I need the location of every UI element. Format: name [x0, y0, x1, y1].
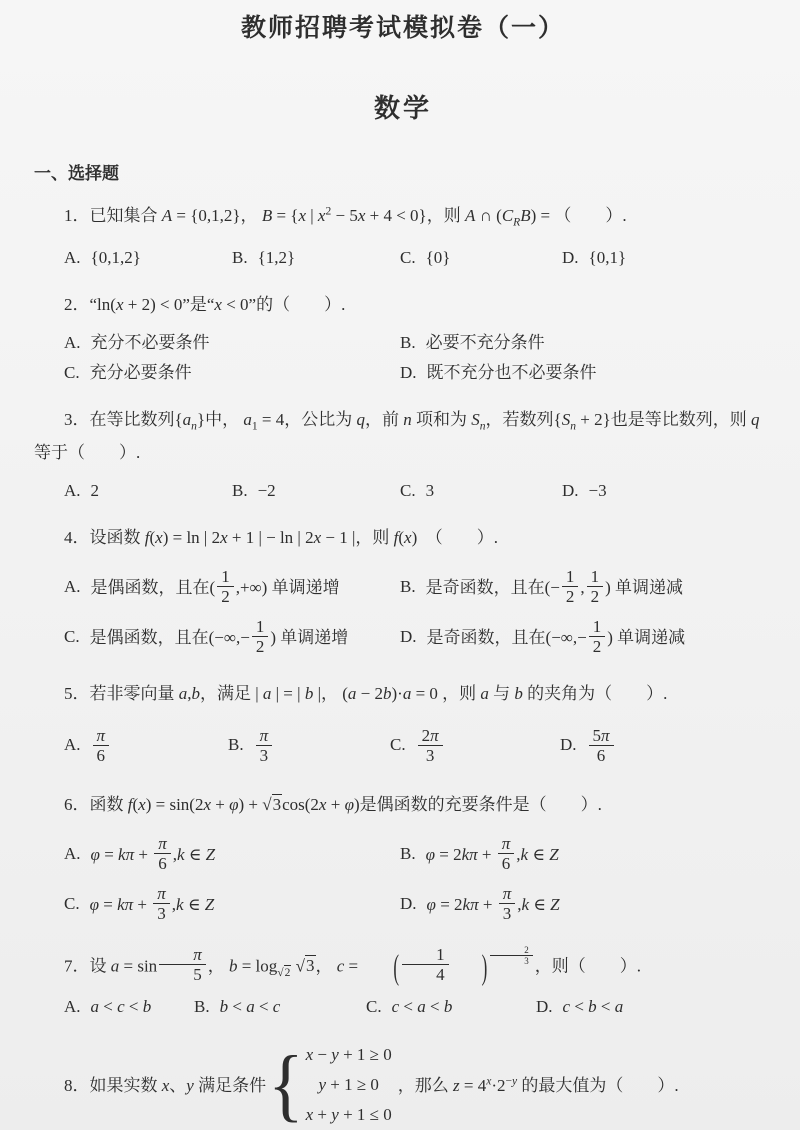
q1-option-c: C.{0} — [400, 243, 562, 273]
q4-option-d: D.是奇函数，且在(−∞,−12) 单调递减 — [400, 612, 772, 662]
question-1: 1．已知集合 A = {0,1,2}， B = {x | x2 − 5x + 4… — [34, 200, 772, 273]
section-heading: 一、选择题 — [34, 159, 772, 184]
question-8: 8．如果实数 x、y 满足条件 { x − y + 1 ≥ 0 y + 1 ≥ … — [34, 1040, 772, 1130]
q5-option-b: B.π3 — [228, 717, 390, 773]
option-label: B. — [232, 476, 248, 506]
q8-stem-post: ，那么 z = 4x·2−y 的最大值为（ ）. — [398, 1072, 679, 1099]
q1-option-a: A.{0,1,2} — [64, 243, 232, 273]
option-label: A. — [64, 577, 81, 597]
option-content: π6 — [91, 726, 112, 765]
question-2: 2．“ln(x + 2) < 0”是“x < 0”的（ ）. A.充分不必要条件… — [34, 289, 772, 388]
q7-option-b: B.b < a < c — [194, 992, 366, 1022]
question-3-stem-line2: 等于（ ）. — [34, 437, 772, 468]
option-label: D. — [562, 476, 579, 506]
option-label: B. — [400, 328, 416, 358]
option-content: φ = kπ + π3,k ∈ Z — [90, 884, 215, 923]
inequality-row-3: x + y + 1 ≤ 0 — [306, 1100, 392, 1130]
option-label: A. — [64, 476, 81, 506]
option-label: D. — [562, 243, 579, 273]
option-label: A. — [64, 328, 81, 358]
option-content: {0} — [426, 243, 451, 273]
option-label: C. — [390, 735, 406, 755]
option-content: {1,2} — [258, 243, 296, 273]
option-content: 必要不充分条件 — [426, 328, 545, 358]
q8-stem-pre: 8．如果实数 x、y 满足条件 — [64, 1072, 266, 1099]
option-label: A. — [64, 243, 81, 273]
question-7: 7．设 a = sinπ5， b = log√2 √3， c = (14)23，… — [34, 945, 772, 1023]
q7-option-d: D.c < b < a — [536, 992, 772, 1022]
option-label: C. — [64, 627, 80, 647]
question-2-options: A.充分不必要条件 B.必要不充分条件 C.充分必要条件 D.既不充分也不必要条… — [64, 328, 772, 388]
q3-option-d: D.−3 — [562, 476, 772, 506]
page-title: 教师招聘考试模拟卷（一） — [34, 8, 772, 44]
q7-option-a: A.a < c < b — [64, 992, 194, 1022]
option-content: φ = 2kπ + π6,k ∈ Z — [426, 834, 559, 873]
option-content: a < c < b — [91, 992, 152, 1022]
question-4: 4．设函数 f(x) = ln | 2x + 1 | − ln | 2x − 1… — [34, 522, 772, 661]
option-content: 既不充分也不必要条件 — [427, 358, 597, 388]
q5-option-c: C.2π3 — [390, 717, 560, 773]
option-label: D. — [400, 358, 417, 388]
question-5-stem: 5．若非零向量 a,b，满足 | a | = | b |， (a − 2b)·a… — [34, 678, 772, 709]
option-label: B. — [194, 992, 210, 1022]
inequality-row-1: x − y + 1 ≥ 0 — [306, 1040, 392, 1070]
option-label: D. — [400, 627, 417, 647]
option-label: C. — [400, 476, 416, 506]
q1-option-b: B.{1,2} — [232, 243, 400, 273]
option-label: C. — [64, 358, 80, 388]
question-4-stem: 4．设函数 f(x) = ln | 2x + 1 | − ln | 2x − 1… — [34, 522, 772, 553]
q2-option-a: A.充分不必要条件 — [64, 328, 400, 358]
q4-option-b: B.是奇函数，且在(−12,12) 单调递减 — [400, 562, 772, 612]
option-label: D. — [560, 735, 577, 755]
question-6-options: A.φ = kπ + π6,k ∈ Z B.φ = 2kπ + π6,k ∈ Z… — [64, 829, 772, 929]
question-3-options: A.2 B.−2 C.3 D.−3 — [64, 476, 772, 506]
question-4-options: A.是偶函数，且在(12,+∞) 单调递增 B.是奇函数，且在(−12,12) … — [64, 562, 772, 662]
option-label: A. — [64, 735, 81, 755]
option-label: C. — [400, 243, 416, 273]
exam-paper: 教师招聘考试模拟卷（一） 数学 一、选择题 1．已知集合 A = {0,1,2}… — [0, 0, 800, 1130]
question-2-stem: 2．“ln(x + 2) < 0”是“x < 0”的（ ）. — [34, 289, 772, 320]
q2-option-c: C.充分必要条件 — [64, 358, 400, 388]
q6-option-c: C.φ = kπ + π3,k ∈ Z — [64, 879, 400, 929]
option-content: {0,1,2} — [91, 243, 141, 273]
option-label: B. — [228, 735, 244, 755]
option-label: A. — [64, 992, 81, 1022]
question-3-stem: 3．在等比数列{an}中， a1 = 4，公比为 q，前 n 项和为 Sn，若数… — [34, 404, 772, 437]
q2-option-d: D.既不充分也不必要条件 — [400, 358, 772, 388]
option-content: π3 — [254, 726, 275, 765]
option-content: 是偶函数，且在(12,+∞) 单调递增 — [91, 567, 340, 606]
question-6-stem: 6．函数 f(x) = sin(2x + φ) + √3cos(2x + φ)是… — [34, 789, 772, 820]
option-content: b < a < c — [220, 992, 281, 1022]
q6-option-b: B.φ = 2kπ + π6,k ∈ Z — [400, 829, 772, 879]
q6-option-a: A.φ = kπ + π6,k ∈ Z — [64, 829, 400, 879]
option-content: φ = kπ + π6,k ∈ Z — [91, 834, 216, 873]
question-5: 5．若非零向量 a,b，满足 | a | = | b |， (a − 2b)·a… — [34, 678, 772, 773]
question-3: 3．在等比数列{an}中， a1 = 4，公比为 q，前 n 项和为 Sn，若数… — [34, 404, 772, 506]
option-content: 是奇函数，且在(−∞,−12) 单调递减 — [427, 617, 686, 656]
q4-option-a: A.是偶函数，且在(12,+∞) 单调递增 — [64, 562, 400, 612]
q3-option-c: C.3 — [400, 476, 562, 506]
option-label: D. — [400, 894, 417, 914]
option-content: 是奇函数，且在(−12,12) 单调递减 — [426, 567, 683, 606]
option-content: 是偶函数，且在(−∞,−12) 单调递增 — [90, 617, 349, 656]
q2-option-b: B.必要不充分条件 — [400, 328, 772, 358]
question-7-options: A.a < c < b B.b < a < c C.c < a < b D.c … — [64, 992, 772, 1022]
option-content: −3 — [589, 476, 607, 506]
q1-option-d: D.{0,1} — [562, 243, 772, 273]
q3-option-a: A.2 — [64, 476, 232, 506]
question-6: 6．函数 f(x) = sin(2x + φ) + √3cos(2x + φ)是… — [34, 789, 772, 928]
option-label: B. — [400, 844, 416, 864]
option-content: c < a < b — [392, 992, 453, 1022]
option-label: D. — [536, 992, 553, 1022]
option-label: B. — [400, 577, 416, 597]
question-1-options: A.{0,1,2} B.{1,2} C.{0} D.{0,1} — [64, 243, 772, 273]
q5-option-d: D.5π6 — [560, 717, 772, 773]
q4-option-c: C.是偶函数，且在(−∞,−12) 单调递增 — [64, 612, 400, 662]
inequality-row-2: y + 1 ≥ 0 — [306, 1070, 392, 1100]
q3-option-b: B.−2 — [232, 476, 400, 506]
option-content: 充分不必要条件 — [91, 328, 210, 358]
option-label: C. — [64, 894, 80, 914]
option-content: 5π6 — [587, 726, 616, 765]
option-content: −2 — [258, 476, 276, 506]
q6-option-d: D.φ = 2kπ + π3,k ∈ Z — [400, 879, 772, 929]
question-7-stem: 7．设 a = sinπ5， b = log√2 √3， c = (14)23，… — [34, 945, 772, 985]
left-brace-glyph: { — [268, 1047, 304, 1124]
option-content: {0,1} — [589, 243, 627, 273]
q5-option-a: A.π6 — [64, 717, 228, 773]
option-label: A. — [64, 844, 81, 864]
option-content: 2 — [91, 476, 100, 506]
option-content: c < b < a — [563, 992, 624, 1022]
question-8-stem: 8．如果实数 x、y 满足条件 { x − y + 1 ≥ 0 y + 1 ≥ … — [34, 1040, 772, 1130]
option-content: 2π3 — [416, 726, 445, 765]
option-content: φ = 2kπ + π3,k ∈ Z — [427, 884, 560, 923]
option-content: 充分必要条件 — [90, 358, 192, 388]
question-5-options: A.π6 B.π3 C.2π3 D.5π6 — [64, 717, 772, 773]
option-content: 3 — [426, 476, 435, 506]
option-label: B. — [232, 243, 248, 273]
subject-title: 数学 — [34, 88, 772, 125]
inequality-system: x − y + 1 ≥ 0 y + 1 ≥ 0 x + y + 1 ≤ 0 — [306, 1040, 392, 1130]
question-1-stem: 1．已知集合 A = {0,1,2}， B = {x | x2 − 5x + 4… — [34, 200, 772, 233]
